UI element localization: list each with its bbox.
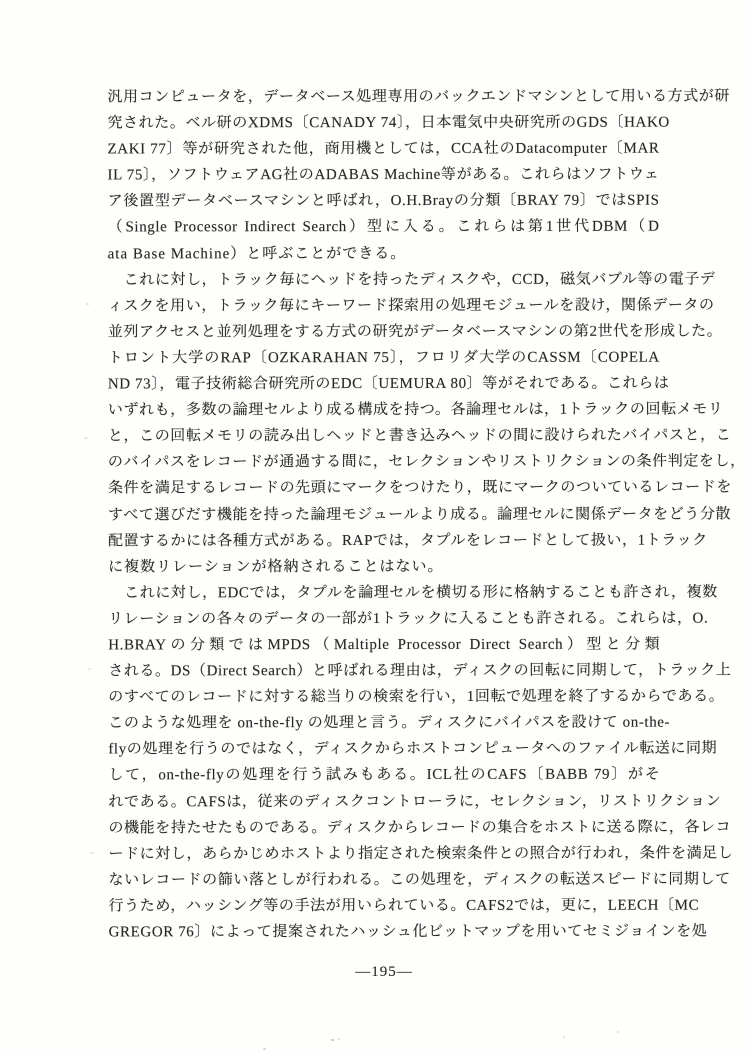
text-line: ードに対し，あらかじめホストより指定された検索条件との照合が行われ，条件を満足し: [108, 840, 660, 867]
text-line: 条件を満足するレコードの先頭にマークをつけたり，既にマークのついているレコードを: [108, 475, 660, 502]
text-line: に複数リレーションが格納されることはない。: [108, 553, 660, 580]
text-line: の機能を持たせたものである。ディスクからレコードの集合をホストに送る際に，各レコ: [108, 814, 660, 841]
text-line: 配置するかには各種方式がある。RAPでは，タプルをレコードとして扱い，1トラック: [108, 527, 660, 554]
text-line: ND 73〕，電子技術総合研究所のEDC〔UEMURA 80〕等がそれである。こ…: [108, 371, 660, 398]
text-line: して，on-the-flyの処理を行う試みもある。ICL社のCAFS〔BABB …: [108, 762, 660, 789]
text-line: リレーションの各々のデータの一部が1トラックに入ることも許される。これらは，O.: [108, 605, 660, 632]
scan-speck: [338, 1038, 340, 1040]
text-line: れである。CAFSは，従来のディスクコントローラに，セレクション，リストリクショ…: [108, 788, 660, 815]
text-line: される。DS（Direct Search）と呼ばれる理由は，ディスクの回転に同期…: [108, 658, 660, 685]
text-line: ZAKI 77〕等が研究された他，商用機としては，CCA社のDatacomput…: [107, 136, 659, 163]
scan-speck: [563, 1036, 565, 1038]
text-line: のバイパスをレコードが通過する間に，セレクションやリストリクションの条件判定をし…: [108, 449, 660, 476]
text-line: 並列アクセスと並列処理をする方式の研究がデータベースマシンの第2世代を形成した。: [108, 318, 660, 345]
text-line: flyの処理を行うのではなく，ディスクからホストコンピュータへのファイル転送に同…: [108, 736, 660, 763]
scan-speck: [88, 668, 91, 670]
text-line: すべて選びだす機能を持った論理モジュールより成る。論理セルに関係データをどう分散: [108, 501, 660, 528]
scan-speck: [90, 852, 94, 854]
scan-speck: [263, 1048, 266, 1050]
text-line: と，この回転メモリの読み出しヘッドと書き込みヘッドの間に設けられたバイパスと，こ: [108, 423, 660, 450]
document-page: 汎用コンピュータを，データベース処理専用のバックエンドマシンとして用いる方式が研…: [0, 0, 750, 1054]
text-line: のすべてのレコードに対する総当りの検索を行い，1回転で処理を終了するからである。: [108, 684, 660, 711]
text-line: 行うため，ハッシング等の手法が用いられている。CAFS2では，更に，LEECH〔…: [109, 893, 661, 920]
text-line: これに対し，EDCでは，タプルを論理セルを横切る形に格納することも許され，複数: [108, 579, 660, 606]
text-line: ア後置型データベースマシンと呼ばれ，O.H.Brayの分類〔BRAY 79〕では…: [108, 188, 660, 215]
page-number: —195—: [108, 964, 660, 981]
text-line: ィスクを用い，トラック毎にキーワード探索用の処理モジュールを設け，関係データの: [108, 292, 660, 319]
text-line: IL 75〕，ソフトウェアAG社のADABAS Machine等がある。これらは…: [108, 162, 660, 189]
text-line: これに対し，トラック毎にヘッドを持ったディスクや，CCD，磁気バブル等の電子デ: [108, 266, 660, 293]
scan-speck: [86, 303, 89, 305]
document-text: 汎用コンピュータを，データベース処理専用のバックエンドマシンとして用いる方式が研…: [107, 84, 660, 946]
text-line: 汎用コンピュータを，データベース処理専用のバックエンドマシンとして用いる方式が研: [107, 84, 659, 111]
scan-speck: [617, 1031, 619, 1033]
text-line: GREGOR 76〕によって提案されたハッシュ化ビットマップを用いてセミジョイン…: [109, 919, 661, 946]
text-line: いずれも，多数の論理セルより成る構成を持つ。各論理セルは，1トラックの回転メモリ: [108, 397, 660, 424]
scan-speck: [331, 1039, 334, 1041]
text-line: ata Base Machine）と呼ぶことができる。: [108, 240, 660, 267]
text-line: H.BRAYの分類ではMPDS（Maltiple Processor Direc…: [108, 632, 660, 659]
scan-speck: [84, 437, 88, 439]
text-line: （Single Processor Indirect Search）型に入る。こ…: [108, 214, 660, 241]
text-line: ないレコードの篩い落としが行われる。この処理を，ディスクの転送スピードに同期して: [108, 866, 660, 893]
text-line: 究された。ベル研のXDMS〔CANADY 74〕，日本電気中央研究所のGDS〔H…: [107, 110, 659, 137]
text-line: このような処理を on-the-fly の処理と言う。ディスクにバイパスを設けて…: [108, 710, 660, 737]
text-line: トロント大学のRAP〔OZKARAHAN 75〕，フロリダ大学のCASSM〔CO…: [108, 345, 660, 372]
